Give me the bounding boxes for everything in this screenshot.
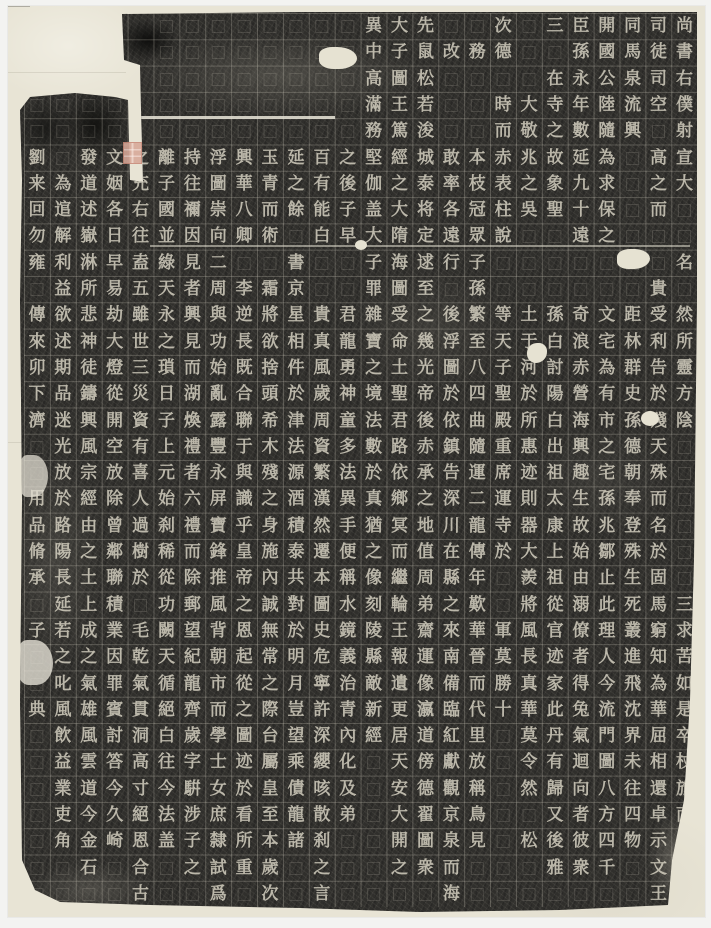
inscription-character: 者	[179, 276, 205, 302]
inscription-character: □	[335, 92, 361, 118]
inscription-character: 將	[257, 302, 283, 328]
inscription-character: 出	[542, 434, 568, 460]
inscription-character: 始	[568, 539, 594, 565]
inscription-character: □	[594, 881, 620, 907]
inscription-character: 背	[205, 618, 231, 644]
inscription-character: □	[438, 276, 464, 302]
inscription-character: □	[179, 92, 205, 118]
inscription-character: 風	[516, 618, 542, 644]
inscription-character: □	[335, 828, 361, 854]
inscription-column: □□發道述嶽淋所悲神徒鑄興風宗經由之土上成之氣雄風雲道今金石□	[76, 13, 102, 907]
inscription-character: 品	[50, 381, 76, 407]
inscription-character: 子	[335, 197, 361, 223]
inscription-character: 手	[335, 513, 361, 539]
inscription-character: 寶	[205, 513, 231, 539]
inscription-character: 治	[335, 671, 361, 697]
collector-seal-stamp	[123, 142, 142, 164]
inscription-character: 迴	[568, 749, 594, 775]
inscription-character: 各	[102, 197, 128, 223]
inscription-character: 資	[128, 408, 154, 434]
inscription-character: 至	[413, 276, 439, 302]
inscription-character: 名	[672, 250, 698, 276]
inscription-character: 乾	[128, 644, 154, 670]
inscription-character: 法	[154, 802, 180, 828]
inscription-character: 過	[128, 513, 154, 539]
inscription-character: 歸	[542, 776, 568, 802]
inscription-character: 無	[257, 618, 283, 644]
inscription-character: 然	[672, 302, 698, 328]
inscription-character: 稱	[464, 776, 490, 802]
inscription-character: □	[620, 855, 646, 881]
inscription-character: 之	[179, 855, 205, 881]
inscription-character: 持	[179, 145, 205, 171]
inscription-character: 冠	[464, 197, 490, 223]
inscription-character: □	[516, 39, 542, 65]
inscription-character: 文	[646, 855, 672, 881]
inscription-character: 對	[283, 592, 309, 618]
inscription-character: 氣	[128, 671, 154, 697]
inscription-character: 法	[283, 434, 309, 460]
damaged-area	[355, 240, 367, 250]
inscription-character: 崇	[205, 197, 231, 223]
inscription-character: 浮	[205, 145, 231, 171]
inscription-character: 象	[542, 171, 568, 197]
inscription-character: 件	[283, 355, 309, 381]
inscription-character: 君	[335, 302, 361, 328]
inscription-character: 騈	[179, 776, 205, 802]
inscription-character: 告	[438, 460, 464, 486]
inscription-character: 圖	[387, 276, 413, 302]
inscription-character: 與	[231, 460, 257, 486]
inscription-character: 綠	[154, 250, 180, 276]
inscription-character: 百	[309, 145, 335, 171]
inscription-character: 刻	[361, 592, 387, 618]
inscription-character: 於	[646, 381, 672, 407]
inscription-character: □	[490, 723, 516, 749]
inscription-character: □	[672, 486, 698, 512]
inscription-character: 敵	[361, 671, 387, 697]
inscription-character: 之	[542, 118, 568, 144]
inscription-character: □	[516, 66, 542, 92]
inscription-character: □	[335, 855, 361, 881]
inscription-character: 露	[205, 408, 231, 434]
inscription-character: 上	[542, 539, 568, 565]
inscription-character: 帝	[413, 381, 439, 407]
inscription-character: 瑣	[154, 355, 180, 381]
inscription-character: □	[257, 92, 283, 118]
inscription-character: 吳	[516, 197, 542, 223]
inscription-character: 五	[128, 276, 154, 302]
inscription-character: 丹	[542, 723, 568, 749]
inscription-character: 國	[154, 197, 180, 223]
inscription-character: 鎮	[438, 434, 464, 460]
inscription-character: 合	[231, 381, 257, 407]
inscription-character: 傳	[464, 539, 490, 565]
inscription-character: 界	[620, 723, 646, 749]
inscription-character: 路	[50, 513, 76, 539]
inscription-character: □	[516, 250, 542, 276]
inscription-character: 為	[594, 145, 620, 171]
inscription-character: 今	[76, 802, 102, 828]
inscription-character: 京	[438, 802, 464, 828]
inscription-character: 國	[594, 39, 620, 65]
inscription-character: 上	[154, 434, 180, 460]
inscription-character: 君	[387, 408, 413, 434]
inscription-character: □	[361, 776, 387, 802]
inscription-character: 子	[361, 250, 387, 276]
inscription-character: □	[568, 881, 594, 907]
inscription-character: □	[24, 118, 50, 144]
inscription-character: 多	[335, 434, 361, 460]
inscription-character: 距	[620, 302, 646, 328]
inscription-character: 為	[50, 171, 76, 197]
inscription-character: □	[102, 881, 128, 907]
inscription-character: 後	[413, 408, 439, 434]
inscription-character: □	[231, 92, 257, 118]
inscription-character: □	[205, 66, 231, 92]
inscription-character: 家	[542, 671, 568, 697]
inscription-character: □	[464, 118, 490, 144]
inscription-character: 期	[50, 355, 76, 381]
inscription-character: 溺	[568, 592, 594, 618]
inscription-character: 日	[102, 223, 128, 249]
inscription-character: 內	[257, 565, 283, 591]
inscription-character: 卯	[24, 355, 50, 381]
inscription-character: 将	[413, 197, 439, 223]
inscription-character: 臨	[438, 697, 464, 723]
inscription-character: 望	[283, 723, 309, 749]
inscription-character: □	[50, 145, 76, 171]
inscription-character: 来	[24, 171, 50, 197]
inscription-character: 回	[24, 197, 50, 223]
inscription-character: 千	[594, 855, 620, 881]
inscription-character: 三	[542, 13, 568, 39]
inscription-character: 風	[76, 434, 102, 460]
inscription-character: 八	[231, 197, 257, 223]
inscription-character: 起	[231, 644, 257, 670]
inscription-character: 叢	[620, 618, 646, 644]
inscription-character: 堅	[361, 145, 387, 171]
inscription-character: 運	[413, 644, 439, 670]
stone-crack-line	[140, 116, 335, 119]
inscription-character: 明	[283, 644, 309, 670]
inscription-character: 而	[438, 855, 464, 881]
inscription-character: 長	[50, 565, 76, 591]
inscription-character: 女	[205, 776, 231, 802]
inscription-character: 土	[76, 565, 102, 591]
inscription-character: 子	[387, 39, 413, 65]
inscription-character: □	[490, 276, 516, 302]
inscription-character: 嶽	[76, 223, 102, 249]
inscription-character: 器	[516, 513, 542, 539]
inscription-character: 鄉	[387, 486, 413, 512]
inscription-character: 誠	[257, 592, 283, 618]
inscription-character: 殿	[490, 408, 516, 434]
inscription-character: 資	[309, 434, 335, 460]
inscription-character: 松	[413, 66, 439, 92]
inscription-character: 值	[413, 539, 439, 565]
inscription-character: 有	[309, 171, 335, 197]
inscription-character: 異	[335, 486, 361, 512]
inscription-character: 卓	[646, 802, 672, 828]
inscription-character: □	[179, 881, 205, 907]
inscription-character: 依	[387, 460, 413, 486]
inscription-character: 馬	[620, 39, 646, 65]
inscription-character: 庶	[205, 802, 231, 828]
inscription-character: 南	[438, 644, 464, 670]
inscription-character: 而	[205, 697, 231, 723]
inscription-character: 登	[620, 513, 646, 539]
inscription-character: 十	[568, 197, 594, 223]
inscription-character: 業	[102, 618, 128, 644]
inscription-character: 稱	[335, 565, 361, 591]
inscription-character: 本	[464, 145, 490, 171]
inscription-character: 永	[154, 302, 180, 328]
inscription-column: □□□大敬兆之吳□□□土于河於所惠迹則器大羨將風長真華莫令然□松□□	[516, 13, 542, 907]
inscription-character: 若	[413, 92, 439, 118]
inscription-column: □□□□□之後子早□□君龍勇神童多法異手便稱水鏡義治青內化及弟□□□	[335, 13, 361, 907]
inscription-character: 命	[387, 329, 413, 355]
inscription-character: □	[438, 92, 464, 118]
inscription-character: 際	[257, 697, 283, 723]
inscription-character: 羨	[516, 565, 542, 591]
inscription-character: □	[24, 723, 50, 749]
inscription-character: 城	[413, 145, 439, 171]
inscription-character: 乎	[231, 513, 257, 539]
inscription-character: □	[672, 460, 698, 486]
inscription-character: 大	[387, 13, 413, 39]
inscription-character: 放	[464, 749, 490, 775]
inscription-character: □	[542, 250, 568, 276]
inscription-character: 頭	[257, 381, 283, 407]
inscription-character: 窮	[646, 618, 672, 644]
inscription-character: 於	[128, 565, 154, 591]
inscription-character: 陵	[361, 618, 387, 644]
inscription-character: 行	[438, 250, 464, 276]
inscription-character: 絕	[154, 697, 180, 723]
inscription-character: 久	[102, 802, 128, 828]
inscription-character: 殊	[620, 539, 646, 565]
inscription-character: 希	[257, 408, 283, 434]
inscription-character: □	[542, 881, 568, 907]
inscription-character: 像	[361, 565, 387, 591]
inscription-character: 光	[50, 434, 76, 460]
inscription-character: 陽	[50, 539, 76, 565]
inscription-character: 興	[620, 118, 646, 144]
inscription-character: 功	[205, 329, 231, 355]
inscription-character: 王	[646, 881, 672, 907]
inscription-character: 本	[309, 565, 335, 591]
inscription-character: 同	[620, 13, 646, 39]
inscription-character: 殊	[646, 460, 672, 486]
inscription-character: 書	[283, 250, 309, 276]
inscription-character: 觀	[438, 776, 464, 802]
inscription-character: 帝	[231, 565, 257, 591]
inscription-character: 今	[102, 776, 128, 802]
inscription-character: □	[24, 802, 50, 828]
inscription-character: 諸	[283, 828, 309, 854]
inscription-character: 海	[387, 250, 413, 276]
inscription-character: 雄	[76, 697, 102, 723]
inscription-character: 海	[438, 881, 464, 907]
inscription-character: □	[361, 881, 387, 907]
inscription-character: 而	[464, 671, 490, 697]
inscription-character: □	[620, 276, 646, 302]
inscription-character: 白	[154, 723, 180, 749]
inscription-character: 古	[128, 881, 154, 907]
inscription-character: □	[516, 276, 542, 302]
inscription-character: 而	[490, 118, 516, 144]
inscription-character: 泰	[413, 171, 439, 197]
inscription-character: 年	[568, 92, 594, 118]
inscription-character: 四	[620, 802, 646, 828]
inscription-character: □	[231, 39, 257, 65]
inscription-character: □	[387, 881, 413, 907]
inscription-character: 利	[50, 250, 76, 276]
inscription-character: 孫	[594, 486, 620, 512]
inscription-character: 稀	[154, 539, 180, 565]
inscription-character: □	[490, 828, 516, 854]
inscription-character: 循	[154, 671, 180, 697]
inscription-character: □	[335, 276, 361, 302]
inscription-character: □	[50, 92, 76, 118]
inscription-character: 始	[205, 355, 231, 381]
inscription-character: 率	[438, 171, 464, 197]
inscription-character: 土	[516, 302, 542, 328]
inscription-character: 名	[646, 513, 672, 539]
inscription-character: 止	[594, 565, 620, 591]
inscription-character: 屏	[205, 486, 231, 512]
inscription-character: 源	[283, 460, 309, 486]
inscription-character: 刹	[309, 828, 335, 854]
inscription-character: 寸	[128, 776, 154, 802]
inscription-character: 闕	[154, 618, 180, 644]
inscription-character: 知	[646, 644, 672, 670]
inscription-character: 而	[646, 197, 672, 223]
inscription-character: 松	[516, 828, 542, 854]
inscription-character: 敬	[516, 118, 542, 144]
inscription-character: 祖	[542, 460, 568, 486]
inscription-character: □	[24, 828, 50, 854]
inscription-character: 赤	[490, 145, 516, 171]
inscription-character: 風	[205, 592, 231, 618]
inscription-character: 於	[283, 618, 309, 644]
inscription-character: 孫	[542, 302, 568, 328]
inscription-character: 既	[231, 355, 257, 381]
inscription-character: 道	[413, 723, 439, 749]
inscription-character: 因	[102, 644, 128, 670]
inscription-character: 方	[594, 802, 620, 828]
inscription-character: 除	[102, 486, 128, 512]
inscription-character: 高	[646, 145, 672, 171]
inscription-character: 散	[309, 802, 335, 828]
inscription-character: 大	[672, 171, 698, 197]
inscription-character: 生	[568, 486, 594, 512]
inscription-character: □	[283, 855, 309, 881]
inscription-character: 寶	[361, 329, 387, 355]
inscription-character: 豈	[283, 697, 309, 723]
inscription-character: 合	[128, 855, 154, 881]
inscription-character: 圖	[205, 171, 231, 197]
inscription-character: 絕	[128, 802, 154, 828]
inscription-character: 罪	[102, 671, 128, 697]
inscription-character: 亂	[205, 381, 231, 407]
inscription-character: 所	[76, 276, 102, 302]
inscription-character: 聯	[231, 408, 257, 434]
inscription-character: 飛	[620, 671, 646, 697]
inscription-character: 軍	[490, 618, 516, 644]
inscription-character: 枝	[464, 171, 490, 197]
inscription-character: 延	[568, 145, 594, 171]
inscription-character: 高	[128, 749, 154, 775]
inscription-character: 浮	[438, 329, 464, 355]
inscription-character: 射	[672, 118, 698, 144]
inscription-character: 川	[438, 513, 464, 539]
inscription-character: 數	[361, 434, 387, 460]
inscription-character: 生	[620, 565, 646, 591]
inscription-character: □	[154, 855, 180, 881]
inscription-character: 從	[102, 381, 128, 407]
inscription-character: 由	[76, 513, 102, 539]
inscription-character: □	[646, 250, 672, 276]
inscription-character: □	[490, 855, 516, 881]
inscription-character: 真	[516, 671, 542, 697]
inscription-character: 義	[335, 644, 361, 670]
inscription-character: 試	[205, 855, 231, 881]
inscription-character: 飲	[50, 723, 76, 749]
inscription-character: 市	[594, 408, 620, 434]
inscription-character: 內	[335, 723, 361, 749]
inscription-character: 獻	[438, 749, 464, 775]
inscription-character: 逭	[50, 197, 76, 223]
inscription-character: 遺	[387, 671, 413, 697]
inscription-character: 道	[76, 776, 102, 802]
inscription-character: 浚	[413, 118, 439, 144]
inscription-character: □	[490, 250, 516, 276]
inscription-character: 三	[128, 355, 154, 381]
inscription-character: 天	[646, 434, 672, 460]
inscription-character: 馬	[646, 592, 672, 618]
inscription-character: 洞	[128, 723, 154, 749]
inscription-character: 刹	[154, 513, 180, 539]
inscription-character: 故	[542, 145, 568, 171]
inscription-character: 承	[413, 460, 439, 486]
inscription-character: 永	[205, 460, 231, 486]
inscription-character: 之	[594, 434, 620, 460]
inscription-character: 鳥	[464, 802, 490, 828]
inscription-character: 迹	[231, 749, 257, 775]
inscription-character: 豐	[205, 434, 231, 460]
inscription-character: 天	[154, 644, 180, 670]
inscription-character: 品	[24, 513, 50, 539]
inscription-character: 開	[387, 828, 413, 854]
inscription-character: □	[309, 13, 335, 39]
inscription-character: 冥	[387, 513, 413, 539]
inscription-character: 便	[335, 539, 361, 565]
inscription-character: 光	[413, 355, 439, 381]
inscription-character: 紀	[179, 644, 205, 670]
inscription-character: □	[672, 434, 698, 460]
inscription-character: 流	[620, 92, 646, 118]
inscription-character: 像	[413, 671, 439, 697]
inscription-character: 德	[620, 434, 646, 460]
inscription-character: 餘	[283, 197, 309, 223]
inscription-character: 紅	[438, 723, 464, 749]
inscription-character: 本	[257, 828, 283, 854]
inscription-character: 等	[490, 302, 516, 328]
inscription-character: 宅	[594, 329, 620, 355]
inscription-character: 四	[594, 828, 620, 854]
